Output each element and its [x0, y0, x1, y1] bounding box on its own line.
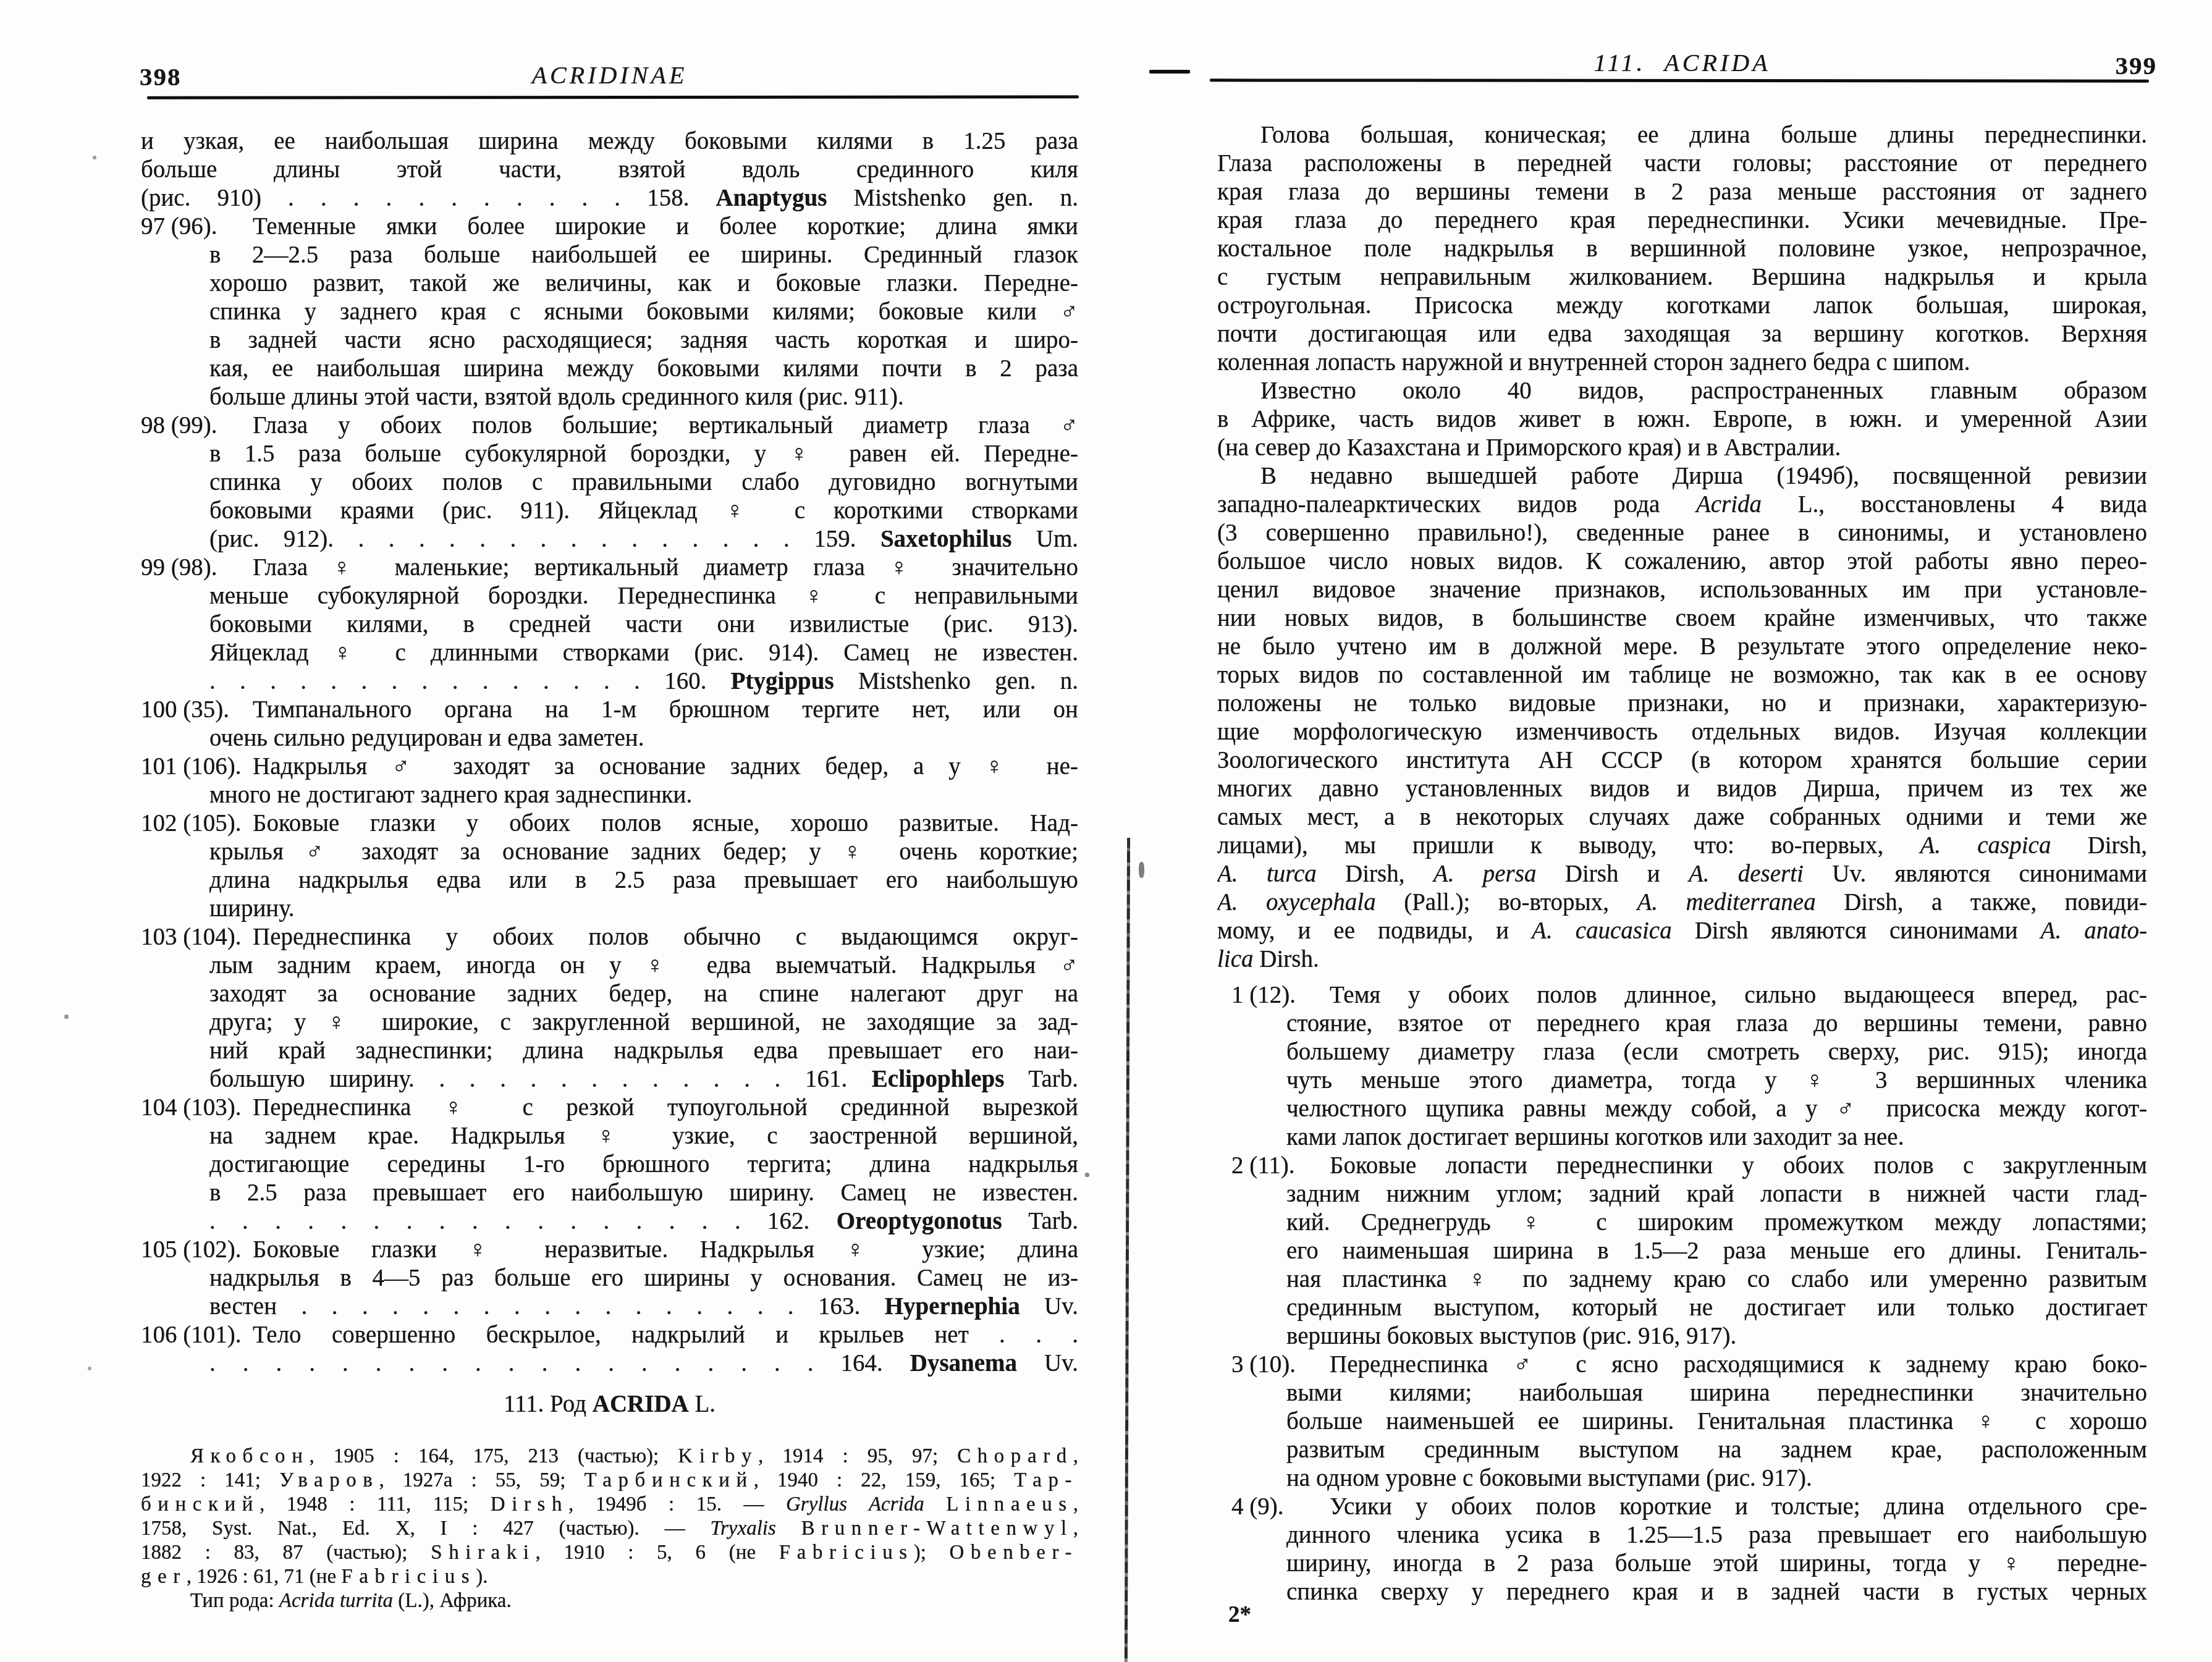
key-item-number: 103 (104).	[141, 923, 241, 951]
taxon-name-italic: A. persa	[1433, 861, 1537, 887]
taxon-name-bold: Eclipophleps	[872, 1066, 1005, 1092]
text-line: щие морфологическую изменчивость отдельн…	[1217, 718, 2147, 746]
author-name-spaced: Тарбинский	[584, 1469, 753, 1491]
text-line: ценил видовое значение признаков, исполь…	[1217, 576, 2147, 604]
author-name-spaced: Dirsh	[491, 1493, 568, 1516]
text-run: динного членика усика в 1.25—1.5 раза пр…	[1286, 1522, 2147, 1548]
text-run: Dirsh и	[1536, 861, 1689, 887]
taxon-name-italic: A. anato-	[2041, 917, 2147, 944]
key-item: 99 (98).Глаза ♀ маленькие; вертикальный …	[141, 554, 1078, 696]
text-line: Яйцеклад ♀ с длинными створками (рис. 91…	[209, 639, 1078, 667]
text-run: Переднеспинка у обоих полов обычно с выд…	[253, 924, 1078, 950]
text-run: Dirsh, а также, повиди-	[1816, 889, 2147, 916]
text-line: спинка сверху у переднего края и в задне…	[1286, 1578, 2147, 1606]
text-run: лицами), мы пришли к выводу, что: во-пер…	[1217, 832, 1920, 859]
text-run: больше длины этой части, взятой вдоль ср…	[209, 384, 904, 410]
text-line: ная пластинка ♀ по заднему краю со слабо…	[1286, 1265, 2147, 1294]
text-run: почти достигающая или едва заходящая за …	[1217, 321, 2147, 347]
author-name-spaced: бинский	[141, 1493, 260, 1516]
text-run: края глаза до вершины темени в 2 раза ме…	[1217, 179, 2147, 205]
text-line: (на север до Казахстана и Приморского кр…	[1217, 434, 2147, 462]
text-line: спинка у обоих полов с правильными слабо…	[209, 468, 1078, 497]
text-run: 111. Род	[504, 1391, 593, 1417]
text-run: достигающие середины 1-го брюшного терги…	[209, 1151, 1078, 1178]
text-run: щие морфологическую изменчивость отдельн…	[1217, 719, 2147, 745]
text-line: 1882 : 83, 87 (частью); Shiraki, 1910 : …	[141, 1541, 1078, 1565]
text-line: хорошо развит, такой же величины, как и …	[209, 269, 1078, 298]
text-run: ний край заднеспинки; длина надкрылья ед…	[209, 1037, 1078, 1064]
text-run: боковыми килями, в средней части они изв…	[209, 611, 1078, 638]
text-run: коленная лопасть наружной и внутренней с…	[1217, 349, 1970, 376]
text-run: Глаза расположены в передней части голов…	[1217, 150, 2147, 177]
author-name-spaced: Linnaeus	[946, 1493, 1073, 1516]
text-run: (рис. 910) . . . . . . . . . . . 158.	[141, 185, 716, 211]
taxon-name-italic: Tryxalis	[710, 1517, 775, 1540]
text-line: его наименьшая ширина в 1.5—2 раза меньш…	[1286, 1237, 2147, 1265]
text-run: Боковые глазки ♀ неразвитые. Надкрылья ♀…	[253, 1236, 1078, 1263]
key-item-number: 4 (9).	[1231, 1493, 1283, 1521]
text-run: Uv.	[1017, 1350, 1078, 1377]
text-line: В недавно вышедшей работе Дирша (1949б),…	[1217, 462, 2147, 491]
text-line: в Африке, часть видов живет в южн. Европ…	[1217, 405, 2147, 434]
text-run: Боковые глазки у обоих полов ясные, хоро…	[253, 810, 1078, 837]
text-line: нии новых видов, в большинстве своем кра…	[1217, 604, 2147, 633]
text-line: (3 совершенно правильно!), сведенные ран…	[1217, 519, 2147, 547]
text-line: срединным выступом, который не достигает…	[1286, 1294, 2147, 1322]
text-run: Dirsh являются синонимами	[1672, 917, 2041, 944]
key-item: 104 (103).Переднеспинка ♀ с резкой тупоу…	[141, 1094, 1078, 1236]
text-run: больше длины этой части, взятой вдоль ср…	[141, 156, 1078, 183]
text-run	[776, 1517, 801, 1540]
author-name-spaced: Brunner-Wattenwyl	[801, 1517, 1073, 1540]
text-run: Uv.	[1020, 1293, 1078, 1320]
text-line: западно-палеарктических видов рода Acrid…	[1217, 491, 2147, 519]
text-line: в задней части ясно расходящиеся; задняя…	[209, 326, 1078, 355]
text-run: в задней части ясно расходящиеся; задняя…	[209, 327, 1078, 353]
text-run: друга; у ♀ широкие, с закругленной верши…	[209, 1009, 1078, 1036]
text-line: развитым срединным выступом на заднем кр…	[1286, 1436, 2147, 1464]
text-line: надкрылья в 4—5 раз больше его ширины у …	[209, 1264, 1078, 1293]
text-line: положены не только видовые признаки, но …	[1217, 690, 2147, 718]
text-run: с густым неправильным жилкованием. Верши…	[1217, 264, 2147, 290]
text-run: ками лапок достигает вершины коготков ил…	[1286, 1124, 1904, 1150]
text-run: 1758, Syst. Nat., Ed. X, I : 427 (частью…	[141, 1517, 710, 1540]
text-run: в 2—2.5 раза больше наибольшей ее ширины…	[209, 242, 1078, 268]
text-run: Яйцеклад ♀ с длинными створками (рис. 91…	[209, 639, 1078, 666]
text-line: . . . . . . . . . . . . . . . 160. Ptygi…	[209, 667, 1078, 696]
text-line: ger, 1926 : 61, 71 (не Fabricius).	[141, 1565, 1078, 1589]
text-line: Глаза расположены в передней части голов…	[1217, 150, 2147, 178]
text-line: ками лапок достигает вершины коготков ил…	[1286, 1123, 2147, 1152]
author-name-spaced: Якобсон	[190, 1445, 309, 1467]
text-line: много не достигают заднего края заднеспи…	[209, 781, 1078, 809]
text-line: в 2.5 раза превышает его наибольшую шири…	[209, 1179, 1078, 1207]
text-line: Боковые лопасти переднеспинки у обоих по…	[1286, 1152, 2147, 1180]
text-run: Глаза у обоих полов большие; вертикальны…	[253, 412, 1078, 439]
taxon-name-bold: Dysanema	[910, 1350, 1017, 1377]
text-run: Mistshenko gen. n.	[834, 668, 1078, 694]
text-run: развитым срединным выступом на заднем кр…	[1286, 1436, 2147, 1463]
text-line: Якобсон, 1905 : 164, 175, 213 (частью); …	[141, 1445, 1078, 1469]
text-run: в 2.5 раза превышает его наибольшую шири…	[209, 1179, 1078, 1206]
text-line: вершины боковых выступов (рис. 916, 917)…	[1286, 1322, 2147, 1351]
author-name-spaced: Kirby	[678, 1445, 758, 1467]
text-line: Глаза ♀ маленькие; вертикальный диаметр …	[209, 554, 1078, 582]
text-line: Голова большая, коническая; ее длина бол…	[1217, 121, 2147, 150]
right-page: 399 111. ACRIDA Голова большая, коническ…	[1217, 0, 2147, 1662]
text-line: многих давно установленных видов и видов…	[1217, 775, 2147, 803]
genus-description: Голова большая, коническая; ее длина бол…	[1217, 121, 2147, 974]
text-run: Dirsh,	[1317, 861, 1433, 887]
text-run: ная пластинка ♀ по заднему краю со слабо…	[1286, 1266, 2147, 1293]
text-line: 1922 : 141; Уваров, 1927а : 55, 59; Тарб…	[141, 1469, 1078, 1493]
text-line: вестен . . . . . . . . . . . . . . . . .…	[209, 1293, 1078, 1321]
text-line: не было учтено им в должной мере. В резу…	[1217, 633, 2147, 661]
text-run: Uv. являются синонимами	[1804, 861, 2147, 887]
left-page: 398 ACRIDINAE и узкая, ее наибольшая шир…	[141, 0, 1078, 1662]
text-line: A. oxycephala (Pall.); во-вторых, A. med…	[1217, 888, 2147, 917]
text-run: ,	[1073, 1493, 1078, 1516]
text-run: большое число новых видов. К сожалению, …	[1217, 548, 2147, 575]
text-run: на заднем крае. Надкрылья ♀ узкие, с зао…	[209, 1123, 1078, 1149]
text-run: самых мест, а в некоторых случаях даже с…	[1217, 804, 2147, 830]
paragraph: В недавно вышедшей работе Дирша (1949б),…	[1217, 462, 2147, 974]
text-run: Tarb.	[1004, 1066, 1078, 1092]
author-name-spaced: Obenber-	[950, 1542, 1078, 1564]
taxon-name-italic: A. turca	[1217, 861, 1317, 887]
text-run: Тело совершенно бескрылое, надкрылий и к…	[253, 1322, 1078, 1348]
book-spine-shadow	[1125, 838, 1130, 1662]
text-line: заходят за основание задних бедер, на сп…	[209, 980, 1078, 1008]
text-run: нии новых видов, в большинстве своем кра…	[1217, 605, 2147, 631]
text-run: Темя у обоих полов длинное, сильно выдаю…	[1330, 982, 2147, 1008]
text-line: Переднеспинка у обоих полов обычно с выд…	[209, 923, 1078, 951]
key-item-number: 98 (99).	[141, 411, 217, 440]
text-run: очень сильно редуцирован и едва заметен.	[209, 725, 644, 751]
text-run: задним нижним углом; задний край лопасти…	[1286, 1181, 2147, 1207]
text-run: 1922 : 141;	[141, 1469, 279, 1491]
scan-artifact-speck	[1085, 1173, 1089, 1177]
key-item: 100 (35).Тимпанального органа на 1-м брю…	[141, 696, 1078, 753]
text-run: спинка у обоих полов с правильными слабо…	[209, 469, 1078, 496]
text-run: боковыми краями (рис. 911). Яйцеклад ♀ с…	[209, 497, 1078, 524]
text-run: Тип рода:	[190, 1590, 279, 1612]
key-item-number: 101 (106).	[141, 753, 241, 781]
text-run: надкрылья в 4—5 раз больше его ширины у …	[209, 1265, 1078, 1291]
text-line: больше длины этой части, взятой вдоль ср…	[209, 383, 1078, 411]
text-line: достигающие середины 1-го брюшного терги…	[209, 1150, 1078, 1179]
text-line: A. turca Dirsh, A. persa Dirsh и A. dese…	[1217, 860, 2147, 888]
text-run: ценил видовое значение признаков, исполь…	[1217, 576, 2147, 603]
text-run: Надкрылья ♂ заходят за основание задних …	[253, 753, 1078, 780]
text-run: лым задним краем, иногда он у ♀ едва вые…	[209, 952, 1078, 979]
taxon-name-bold: Oreoptygonotus	[837, 1208, 1002, 1234]
taxon-name-bold: Saxetophilus	[880, 526, 1011, 552]
author-name-spaced: Fabricius	[779, 1542, 914, 1564]
author-name-spaced: Shiraki	[431, 1542, 535, 1564]
text-line: . . . . . . . . . . . . . . . . . 162. O…	[209, 1207, 1078, 1236]
text-line: lica Dirsh.	[1217, 945, 2147, 974]
text-run: на одном уровне с боковыми выступами (ри…	[1286, 1465, 1812, 1491]
text-run: в 1.5 раза больше субокулярной бороздки,…	[209, 441, 1078, 467]
text-run: Переднеспинка ♀ с резкой тупоугольной ср…	[253, 1094, 1078, 1121]
key-item-number: 99 (98).	[141, 554, 217, 582]
text-line: края глаза до вершины темени в 2 раза ме…	[1217, 178, 2147, 206]
text-run: положены не только видовые признаки, но …	[1217, 690, 2147, 717]
text-run: торых видов по составленной им таблице н…	[1217, 662, 2147, 688]
text-line: . . . . . . . . . . . . . . . . . . . 16…	[209, 1349, 1078, 1378]
text-line: 1758, Syst. Nat., Ed. X, I : 427 (частью…	[141, 1517, 1078, 1541]
paragraph: Известно около 40 видов, распространенны…	[1217, 377, 2147, 462]
key-item-number: 1 (12).	[1231, 981, 1296, 1010]
text-run: его наименьшая ширина в 1.5—2 раза меньш…	[1286, 1238, 2147, 1264]
text-line: спинка у заднего края с ясными боковыми …	[209, 298, 1078, 326]
text-line: кая, ее наибольшая ширина между боковыми…	[209, 355, 1078, 383]
running-title-left: ACRIDINAE	[141, 61, 1078, 90]
text-run: ширину.	[209, 895, 295, 922]
text-run: , 1926 : 61, 71 (не	[187, 1566, 341, 1588]
author-name-spaced: Тар-	[1014, 1469, 1078, 1491]
text-line: больше длины этой части, взятой вдоль ср…	[141, 156, 1078, 184]
text-line: на одном уровне с боковыми выступами (ри…	[1286, 1464, 2147, 1493]
text-run: , 1914 : 95, 97;	[758, 1445, 957, 1467]
taxon-name-italic: A. oxycephala	[1217, 889, 1376, 916]
taxon-name-bold: Anaptygus	[716, 185, 827, 211]
text-run: меньше субокулярной бороздки. Переднеспи…	[209, 583, 1078, 609]
taxon-name-bold: Hypernephia	[885, 1293, 1020, 1320]
text-run: хорошо развит, такой же величины, как и …	[209, 270, 1078, 297]
scan-artifact-speck	[64, 1014, 69, 1019]
text-run: ).	[476, 1566, 488, 1588]
text-run: Усики у обоих полов короткие и толстые; …	[1330, 1493, 2147, 1520]
text-line: лым задним краем, иногда он у ♀ едва вые…	[209, 951, 1078, 980]
key-item-number: 3 (10).	[1231, 1351, 1296, 1379]
signature-mark: 2*	[1228, 1601, 1251, 1628]
text-run: костальное поле надкрылья в вершинной по…	[1217, 235, 2147, 262]
identification-key-left: и узкая, ее наибольшая ширина между боко…	[141, 127, 1078, 1378]
key-item: 98 (99).Глаза у обоих полов большие; вер…	[141, 411, 1078, 554]
text-line: Тип рода: Acrida turrita (L.), Африка.	[141, 1589, 1078, 1613]
text-line: Тимпанального органа на 1-м брюшном терг…	[209, 696, 1078, 724]
text-line: Зоологического института АН СССР (в кото…	[1217, 746, 2147, 775]
text-run: много не достигают заднего края заднеспи…	[209, 782, 692, 808]
text-line: Переднеспинка ♀ с резкой тупоугольной ср…	[209, 1094, 1078, 1122]
text-run: Dirsh,	[2051, 832, 2147, 859]
key-item-number: 97 (96).	[141, 213, 217, 241]
text-line: почти достигающая или едва заходящая за …	[1217, 320, 2147, 348]
text-run: стояние, взятое от переднего края глаза …	[1286, 1010, 2147, 1037]
text-run: . . . . . . . . . . . . . . . 160.	[209, 668, 731, 694]
text-line: очень сильно редуцирован и едва заметен.	[209, 724, 1078, 753]
text-run: заходят за основание задних бедер, на сп…	[209, 981, 1078, 1007]
text-line: с густым неправильным жилкованием. Верши…	[1217, 263, 2147, 292]
text-line: чуть меньше этого диаметра, тогда у ♀ 3 …	[1286, 1066, 2147, 1095]
scan-artifact-dash	[1149, 70, 1190, 74]
text-line: Темя у обоих полов длинное, сильно выдаю…	[1286, 981, 2147, 1010]
key-item: 106 (101).Тело совершенно бескрылое, над…	[141, 1321, 1078, 1378]
text-run: чуть меньше этого диаметра, тогда у ♀ 3 …	[1286, 1067, 2147, 1094]
text-run: );	[914, 1542, 950, 1564]
text-run: Dirsh.	[1253, 946, 1319, 972]
taxon-name-italic: lica	[1217, 946, 1253, 972]
text-run: ,	[1073, 1517, 1078, 1540]
author-name-spaced: Chopard	[957, 1445, 1073, 1467]
key-item-number: 102 (105).	[141, 809, 241, 838]
text-run: выми килями; наибольшая ширина переднесп…	[1286, 1380, 2147, 1406]
text-run: (на север до Казахстана и Приморского кр…	[1217, 434, 1841, 461]
text-line: Боковые глазки ♀ неразвитые. Надкрылья ♀…	[209, 1236, 1078, 1264]
key-item: 3 (10).Переднеспинка ♂ с ясно расходящим…	[1217, 1351, 2147, 1493]
text-run: Tarb.	[1002, 1208, 1078, 1234]
text-line: остроугольная. Присоска между коготками …	[1217, 292, 2147, 320]
text-line: края глаза до переднего края переднеспин…	[1217, 206, 2147, 235]
taxon-name-italic: Acrida turrita	[279, 1590, 393, 1612]
text-line: выми килями; наибольшая ширина переднесп…	[1286, 1379, 2147, 1407]
text-run: спинка у заднего края с ясными боковыми …	[209, 298, 1078, 325]
text-line: (рис. 910) . . . . . . . . . . . 158. An…	[141, 184, 1078, 213]
taxon-name-italic: Gryllus Acrida	[786, 1493, 924, 1516]
text-run: больше наименьшей ее ширины. Генитальная…	[1286, 1408, 2147, 1435]
text-run: кий. Среднегрудь ♀ с широким промежутком…	[1286, 1209, 2147, 1236]
text-run: остроугольная. Присоска между коготками …	[1217, 292, 2147, 319]
text-line: Глаза у обоих полов большие; вертикальны…	[209, 411, 1078, 440]
text-run: , 1905 : 164, 175, 213 (частью);	[309, 1445, 678, 1467]
text-run: мому, и ее подвиды, и	[1217, 917, 1532, 944]
key-item: 97 (96).Теменные ямки более широкие и бо…	[141, 213, 1078, 411]
text-line: задним нижним углом; задний край лопасти…	[1286, 1180, 2147, 1209]
taxon-name-italic: A. caspica	[1920, 832, 2051, 859]
text-line: друга; у ♀ широкие, с закругленной верши…	[209, 1008, 1078, 1037]
key-item-number: 2 (11).	[1231, 1152, 1295, 1180]
text-line: в 2—2.5 раза больше наибольшей ее ширины…	[209, 241, 1078, 269]
key-item: 4 (9).Усики у обоих полов короткие и тол…	[1217, 1493, 2147, 1606]
text-line: ний край заднеспинки; длина надкрылья ед…	[209, 1037, 1078, 1065]
text-run: Переднеспинка ♂ с ясно расходящимися к з…	[1330, 1351, 2147, 1378]
text-line: Усики у обоих полов короткие и толстые; …	[1286, 1493, 2147, 1521]
text-line: Переднеспинка ♂ с ясно расходящимися к з…	[1286, 1351, 2147, 1379]
taxon-name-italic: Acrida	[1696, 491, 1762, 518]
text-line: (рис. 912). . . . . . . . . . . . . . . …	[209, 525, 1078, 554]
key-item: 1 (12).Темя у обоих полов длинное, сильн…	[1217, 981, 2147, 1152]
text-run: длина надкрылья едва или в 2.5 раза прев…	[209, 867, 1078, 893]
text-run: вершины боковых выступов (рис. 916, 917)…	[1286, 1323, 1736, 1349]
taxon-name-bold: ACRIDA	[593, 1391, 689, 1417]
identification-key-right: 1 (12).Темя у обоих полов длинное, сильн…	[1217, 981, 2147, 1606]
text-line: меньше субокулярной бороздки. Переднеспи…	[209, 582, 1078, 610]
text-run: и узкая, ее наибольшая ширина между боко…	[141, 128, 1078, 154]
text-run: , 1949б : 15. —	[568, 1493, 786, 1516]
text-run: (рис. 912). . . . . . . . . . . . . . . …	[209, 526, 880, 552]
text-line: Тело совершенно бескрылое, надкрылий и к…	[209, 1321, 1078, 1349]
taxon-name-italic: A. deserti	[1689, 861, 1804, 887]
text-run: большую ширину. . . . . . . . . . . . . …	[209, 1066, 872, 1092]
text-line: и узкая, ее наибольшая ширина между боко…	[141, 127, 1078, 156]
text-run: Глаза ♀ маленькие; вертикальный диаметр …	[253, 554, 1078, 581]
text-run: . . . . . . . . . . . . . . . . . 162.	[209, 1208, 837, 1234]
text-line: челюстного щупика равны между собой, а у…	[1286, 1095, 2147, 1123]
text-run: L.	[689, 1391, 716, 1417]
text-run: 1882 : 83, 87 (частью);	[141, 1542, 431, 1564]
scan-artifact-speck	[88, 1367, 91, 1370]
text-run: (3 совершенно правильно!), сведенные ран…	[1217, 520, 2147, 546]
author-name-spaced: Fabricius	[341, 1566, 476, 1588]
key-item: 2 (11).Боковые лопасти переднеспинки у о…	[1217, 1152, 2147, 1351]
text-run: , 1948 : 111, 115;	[260, 1493, 491, 1516]
text-run: челюстного щупика равны между собой, а у…	[1286, 1095, 2147, 1122]
text-line: 111. Род ACRIDA L.	[141, 1390, 1078, 1419]
text-run: западно-палеарктических видов рода	[1217, 491, 1696, 518]
text-line: большое число новых видов. К сожалению, …	[1217, 547, 2147, 576]
text-run: большему диаметру глаза (если смотреть с…	[1286, 1039, 2147, 1065]
text-line: большему диаметру глаза (если смотреть с…	[1286, 1038, 2147, 1066]
running-title-right: 111. ACRIDA	[1217, 48, 2147, 77]
text-line: боковыми краями (рис. 911). Яйцеклад ♀ с…	[209, 497, 1078, 525]
text-line: Известно около 40 видов, распространенны…	[1217, 377, 2147, 405]
text-line: бинский, 1948 : 111, 115; Dirsh, 1949б :…	[141, 1493, 1078, 1517]
text-run: , 1940 : 22, 159, 165;	[754, 1469, 1015, 1491]
key-item: 101 (106).Надкрылья ♂ заходят за основан…	[141, 753, 1078, 809]
text-line: коленная лопасть наружной и внутренней с…	[1217, 348, 2147, 377]
text-run: (L.), Африка.	[393, 1590, 512, 1612]
text-run: кая, ее наибольшая ширина между боковыми…	[209, 355, 1078, 382]
key-item-number: 106 (101).	[141, 1321, 241, 1349]
key-item-number: 105 (102).	[141, 1236, 241, 1264]
text-line: длина надкрылья едва или в 2.5 раза прев…	[209, 866, 1078, 895]
key-item-number: 100 (35).	[141, 696, 229, 724]
text-line: Надкрылья ♂ заходят за основание задних …	[209, 753, 1078, 781]
text-run: Известно около 40 видов, распространенны…	[1260, 378, 2147, 404]
text-run	[924, 1493, 947, 1516]
text-line: ширину, иногда в 2 раза больше этой шири…	[1286, 1550, 2147, 1578]
text-run: срединным выступом, который не достигает…	[1286, 1294, 2147, 1321]
text-run: многих давно установленных видов и видов…	[1217, 775, 2147, 802]
text-line: на заднем крае. Надкрылья ♀ узкие, с зао…	[209, 1122, 1078, 1150]
text-run: Mistshenko gen. n.	[827, 185, 1078, 211]
text-line: крылья ♂ заходят за основание задних бед…	[209, 838, 1078, 866]
scan-artifact-speck	[1139, 862, 1144, 878]
key-item: 103 (104).Переднеспинка у обоих полов об…	[141, 923, 1078, 1094]
key-item: 105 (102).Боковые глазки ♀ неразвитые. Н…	[141, 1236, 1078, 1321]
text-line: кий. Среднегрудь ♀ с широким промежутком…	[1286, 1209, 2147, 1237]
text-run: ,	[1073, 1445, 1078, 1467]
text-line: лицами), мы пришли к выводу, что: во-пер…	[1217, 832, 2147, 860]
text-line: большую ширину. . . . . . . . . . . . . …	[209, 1065, 1078, 1094]
key-item-number: 104 (103).	[141, 1094, 241, 1122]
text-line: ширину.	[209, 895, 1078, 923]
text-run: Зоологического института АН СССР (в кото…	[1217, 747, 2147, 774]
text-run: ширину, иногда в 2 раза больше этой шири…	[1286, 1550, 2147, 1577]
text-run: спинка сверху у переднего края и в задне…	[1286, 1579, 2147, 1605]
author-name-spaced: ger	[141, 1566, 187, 1588]
text-run: , 1910 : 5, 6 (не	[535, 1542, 779, 1564]
text-line: стояние, взятое от переднего края глаза …	[1286, 1010, 2147, 1038]
scan-artifact-speck	[93, 156, 96, 159]
synonymy-bibliography: Якобсон, 1905 : 164, 175, 213 (частью); …	[141, 1445, 1078, 1613]
taxon-name-italic: A. caucasica	[1532, 917, 1672, 944]
text-run: L., восстановлены 4 вида	[1762, 491, 2147, 518]
key-item: 102 (105).Боковые глазки у обоих полов я…	[141, 809, 1078, 923]
text-run: Боковые лопасти переднеспинки у обоих по…	[1330, 1152, 2147, 1179]
text-run: Um.	[1011, 526, 1078, 552]
text-run: не было учтено им в должной мере. В резу…	[1217, 633, 2147, 660]
text-run: (Pall.); во-вторых,	[1376, 889, 1637, 916]
text-run: . . . . . . . . . . . . . . . . . . . 16…	[209, 1350, 910, 1377]
text-run: Голова большая, коническая; ее длина бол…	[1260, 122, 2147, 148]
text-line: больше наименьшей ее ширины. Генитальная…	[1286, 1407, 2147, 1436]
text-line: боковыми килями, в средней части они изв…	[209, 610, 1078, 639]
text-run: Теменные ямки более широкие и более коро…	[253, 213, 1078, 240]
text-line: Боковые глазки у обоих полов ясные, хоро…	[209, 809, 1078, 838]
